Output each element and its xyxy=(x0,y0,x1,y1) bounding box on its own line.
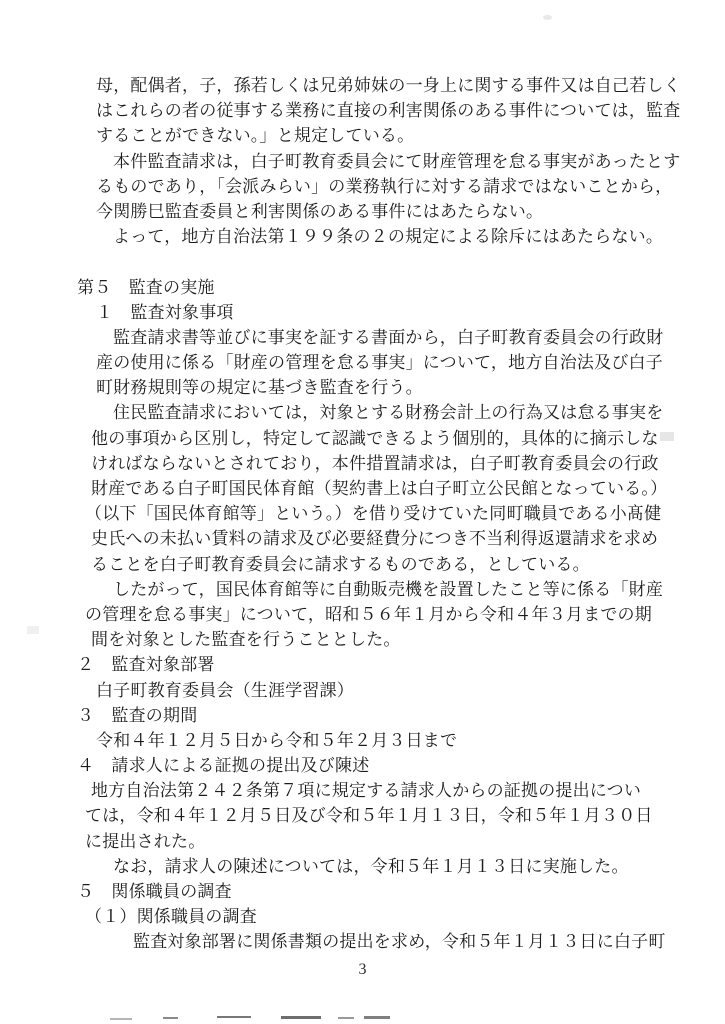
text-line: ては，令和４年１２月５日及び令和５年１月１３日，令和５年１月３０日 xyxy=(85,803,725,828)
text-line: 令和４年１２月５日から令和５年２月３日まで xyxy=(96,728,725,753)
text-line: ３ 監査の期間 xyxy=(77,703,725,728)
text-line: 今関勝巳監査委員と利害関係のある事件にはあたらない。 xyxy=(96,199,725,224)
text-line: 地方自治法第２４２条第７項に規定する請求人からの証拠の提出につい xyxy=(91,778,725,803)
text-line: 住民監査請求においては，対象とする財務会計上の行為又は怠る事実を xyxy=(113,400,725,425)
text-line: 財産である白子町国民体育館（契約書上は白子町立公民館となっている。） xyxy=(91,476,725,501)
text-line: （１）関係職員の調査 xyxy=(85,904,725,929)
text-line: 母，配偶者，子，孫若しくは兄弟姉妹の一身上に関する事件又は自己若しく xyxy=(96,73,725,98)
text-line: したがって，国民体育館等に自動販売機を設置したこと等に係る「財産 xyxy=(113,577,725,602)
scan-artifact-bottom-dash xyxy=(281,1016,321,1019)
text-line: 産の使用に係る「財産の管理を怠る事実」について，地方自治法及び白子 xyxy=(96,350,725,375)
text-line: に提出された。 xyxy=(85,829,725,854)
blank-line xyxy=(0,249,725,274)
text-line: ２ 監査対象部署 xyxy=(77,652,725,677)
text-line: ４ 請求人による証拠の提出及び陳述 xyxy=(77,753,725,778)
text-line: １ 監査対象事項 xyxy=(96,300,725,325)
document-text-block: 母，配偶者，子，孫若しくは兄弟姉妹の一身上に関する事件又は自己若しくはこれらの者… xyxy=(0,73,725,955)
text-line: るものであり，「会派みらい」の業務執行に対する請求ではないことから， xyxy=(96,174,725,199)
scan-artifact-smudge xyxy=(543,15,552,20)
text-line: なお，請求人の陳述については，令和５年１月１３日に実施した。 xyxy=(113,854,725,879)
scan-artifact-smudge xyxy=(660,432,674,441)
page-number: 3 xyxy=(0,960,725,980)
text-line: 本件監査請求は，白子町教育委員会にて財産管理を怠る事実があったとす xyxy=(113,149,725,174)
scan-artifact-bottom-dash xyxy=(163,1017,178,1019)
scan-artifact-bottom-dash xyxy=(217,1016,251,1018)
text-line: ければならないとされており，本件措置請求は，白子町教育委員会の行政 xyxy=(91,451,725,476)
scan-artifact-bottom-dash xyxy=(110,1018,132,1020)
scan-artifact-smudge xyxy=(27,626,39,634)
text-line: ５ 関係職員の調査 xyxy=(77,879,725,904)
text-line: することができない。」と規定している。 xyxy=(96,123,725,148)
text-line: 間を対象とした監査を行うこととした。 xyxy=(91,627,725,652)
text-line: 史氏への未払い賃料の請求及び必要経費分につき不当利得返還請求を求め xyxy=(91,526,725,551)
text-line: 白子町教育委員会（生涯学習課） xyxy=(96,678,725,703)
text-line: 監査請求書等並びに事実を証する書面から，白子町教育委員会の行政財 xyxy=(113,325,725,350)
scan-artifact-bottom-dash xyxy=(338,1017,354,1019)
text-line: よって，地方自治法第１９９条の２の規定による除斥にはあたらない。 xyxy=(113,224,725,249)
text-line: 第５ 監査の実施 xyxy=(77,275,725,300)
text-line: 監査対象部署に関係書類の提出を求め，令和５年１月１３日に白子町 xyxy=(133,929,725,954)
text-line: の管理を怠る事実」について，昭和５６年１月から令和４年３月までの期 xyxy=(85,602,725,627)
text-line: 他の事項から区別し，特定して認識できるよう個別的，具体的に摘示しな xyxy=(91,426,725,451)
text-line: 町財務規則等の規定に基づき監査を行う。 xyxy=(96,375,725,400)
text-line: はこれらの者の従事する業務に直接の利害関係のある事件については，監査 xyxy=(96,98,725,123)
text-line: （以下「国民体育館等」という。）を借り受けていた同町職員である小髙健 xyxy=(85,501,725,526)
scanned-document-page: 母，配偶者，子，孫若しくは兄弟姉妹の一身上に関する事件又は自己若しくはこれらの者… xyxy=(0,0,725,1024)
scan-artifact-bottom-dash xyxy=(364,1016,390,1019)
text-line: ることを白子町教育委員会に請求するものである，としている。 xyxy=(91,552,725,577)
